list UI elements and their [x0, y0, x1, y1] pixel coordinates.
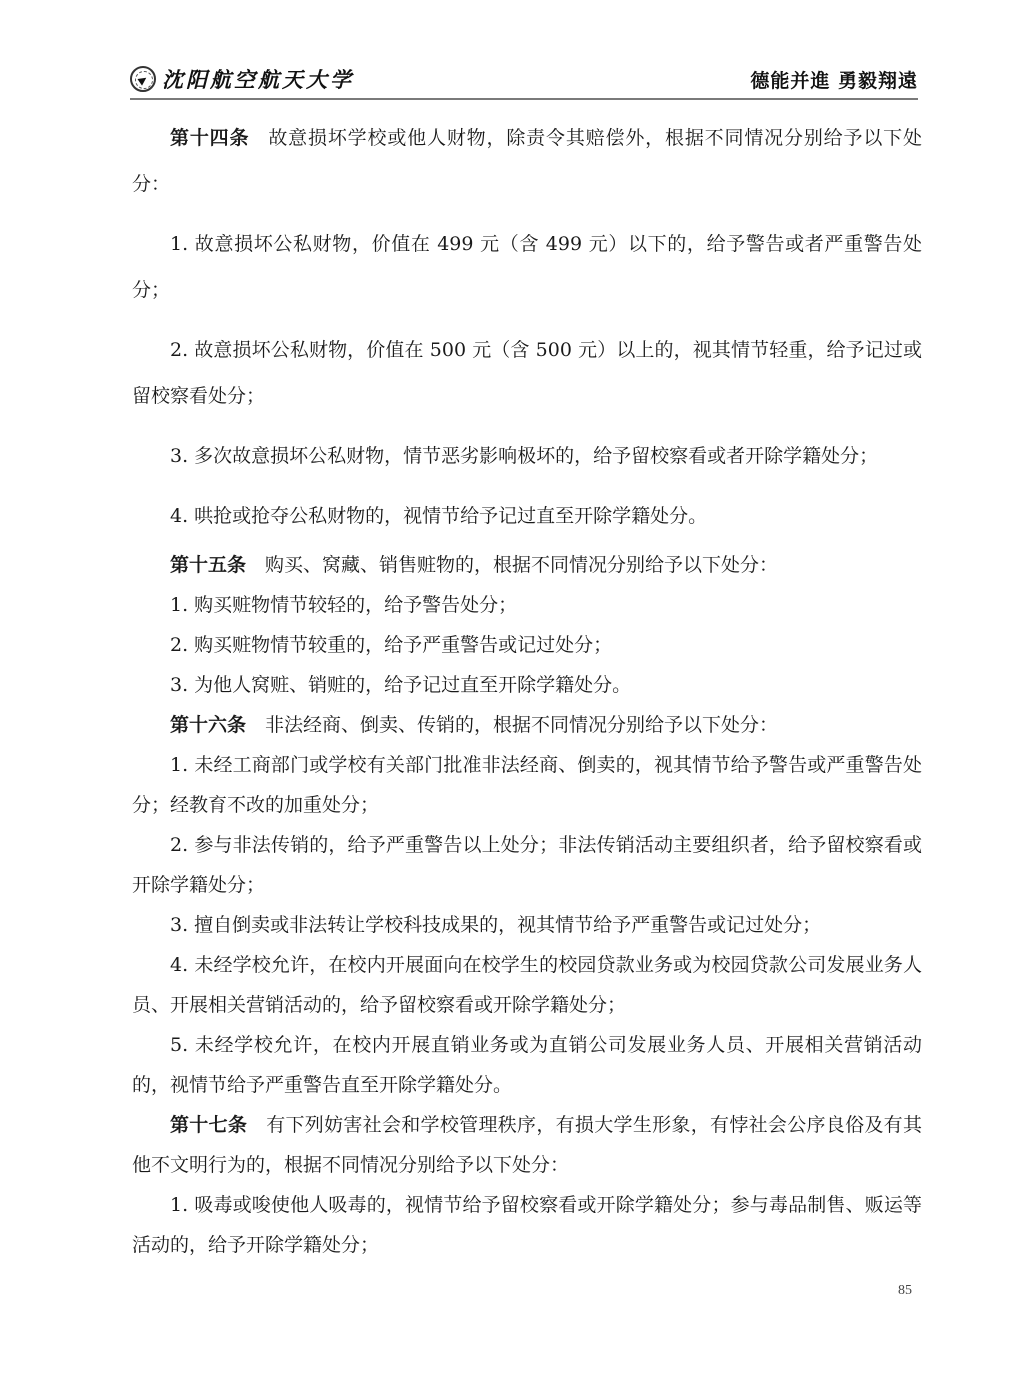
- list-item: 5. 未经学校允许，在校内开展直销业务或为直销公司发展业务人员、开展相关营销活动…: [132, 1025, 922, 1105]
- university-emblem-icon: [130, 66, 156, 92]
- article-16: 第十六条非法经商、倒卖、传销的，根据不同情况分别给予以下处分： 1. 未经工商部…: [132, 705, 922, 1105]
- article-title: 第十六条: [170, 714, 246, 736]
- article-17: 第十七条有下列妨害社会和学校管理秩序，有损大学生形象，有悖社会公序良俗及有其他不…: [132, 1105, 922, 1265]
- list-item: 3. 多次故意损坏公私财物，情节恶劣影响极坏的，给予留校察看或者开除学籍处分；: [132, 433, 922, 479]
- article-title: 第十五条: [170, 554, 246, 576]
- university-name: 沈阳航空航天大学: [162, 64, 354, 94]
- article-title: 第十七条: [170, 1114, 247, 1136]
- list-item: 1. 故意损坏公私财物，价值在 499 元（含 499 元）以下的，给予警告或者…: [132, 221, 922, 313]
- article-paragraph: 第十七条有下列妨害社会和学校管理秩序，有损大学生形象，有悖社会公序良俗及有其他不…: [132, 1105, 922, 1185]
- article-title: 第十四条: [170, 127, 249, 149]
- list-item: 2. 参与非法传销的，给予严重警告以上处分；非法传销活动主要组织者，给予留校察看…: [132, 825, 922, 905]
- article-paragraph: 第十四条故意损坏学校或他人财物，除责令其赔偿外，根据不同情况分别给予以下处分：: [132, 115, 922, 207]
- document-body: 第十四条故意损坏学校或他人财物，除责令其赔偿外，根据不同情况分别给予以下处分： …: [132, 115, 922, 1265]
- article-intro: 有下列妨害社会和学校管理秩序，有损大学生形象，有悖社会公序良俗及有其他不文明行为…: [132, 1114, 922, 1176]
- article-14: 第十四条故意损坏学校或他人财物，除责令其赔偿外，根据不同情况分别给予以下处分： …: [132, 115, 922, 539]
- list-item: 1. 购买赃物情节较轻的，给予警告处分；: [132, 585, 922, 625]
- list-item: 3. 为他人窝赃、销赃的，给予记过直至开除学籍处分。: [132, 665, 922, 705]
- list-item: 1. 吸毒或唆使他人吸毒的，视情节给予留校察看或开除学籍处分；参与毒品制售、贩运…: [132, 1185, 922, 1265]
- article-paragraph: 第十五条购买、窝藏、销售赃物的，根据不同情况分别给予以下处分：: [132, 545, 922, 585]
- list-item: 4. 未经学校允许，在校内开展面向在校学生的校园贷款业务或为校园贷款公司发展业务…: [132, 945, 922, 1025]
- article-15: 第十五条购买、窝藏、销售赃物的，根据不同情况分别给予以下处分： 1. 购买赃物情…: [132, 545, 922, 705]
- article-intro: 故意损坏学校或他人财物，除责令其赔偿外，根据不同情况分别给予以下处分：: [132, 127, 922, 195]
- list-item: 4. 哄抢或抢夺公私财物的，视情节给予记过直至开除学籍处分。: [132, 493, 922, 539]
- list-item: 2. 购买赃物情节较重的，给予严重警告或记过处分；: [132, 625, 922, 665]
- page-number: 85: [898, 1283, 912, 1299]
- list-item: 3. 擅自倒卖或非法转让学校科技成果的，视其情节给予严重警告或记过处分；: [132, 905, 922, 945]
- page-header: 沈阳航空航天大学 德能并進 勇毅翔遠: [130, 62, 918, 100]
- list-item: 1. 未经工商部门或学校有关部门批准非法经商、倒卖的，视其情节给予警告或严重警告…: [132, 745, 922, 825]
- list-item: 2. 故意损坏公私财物，价值在 500 元（含 500 元）以上的，视其情节轻重…: [132, 327, 922, 419]
- article-intro: 非法经商、倒卖、传销的，根据不同情况分别给予以下处分：: [265, 714, 778, 736]
- university-motto: 德能并進 勇毅翔遠: [750, 66, 918, 93]
- article-intro: 购买、窝藏、销售赃物的，根据不同情况分别给予以下处分：: [265, 554, 778, 576]
- article-paragraph: 第十六条非法经商、倒卖、传销的，根据不同情况分别给予以下处分：: [132, 705, 922, 745]
